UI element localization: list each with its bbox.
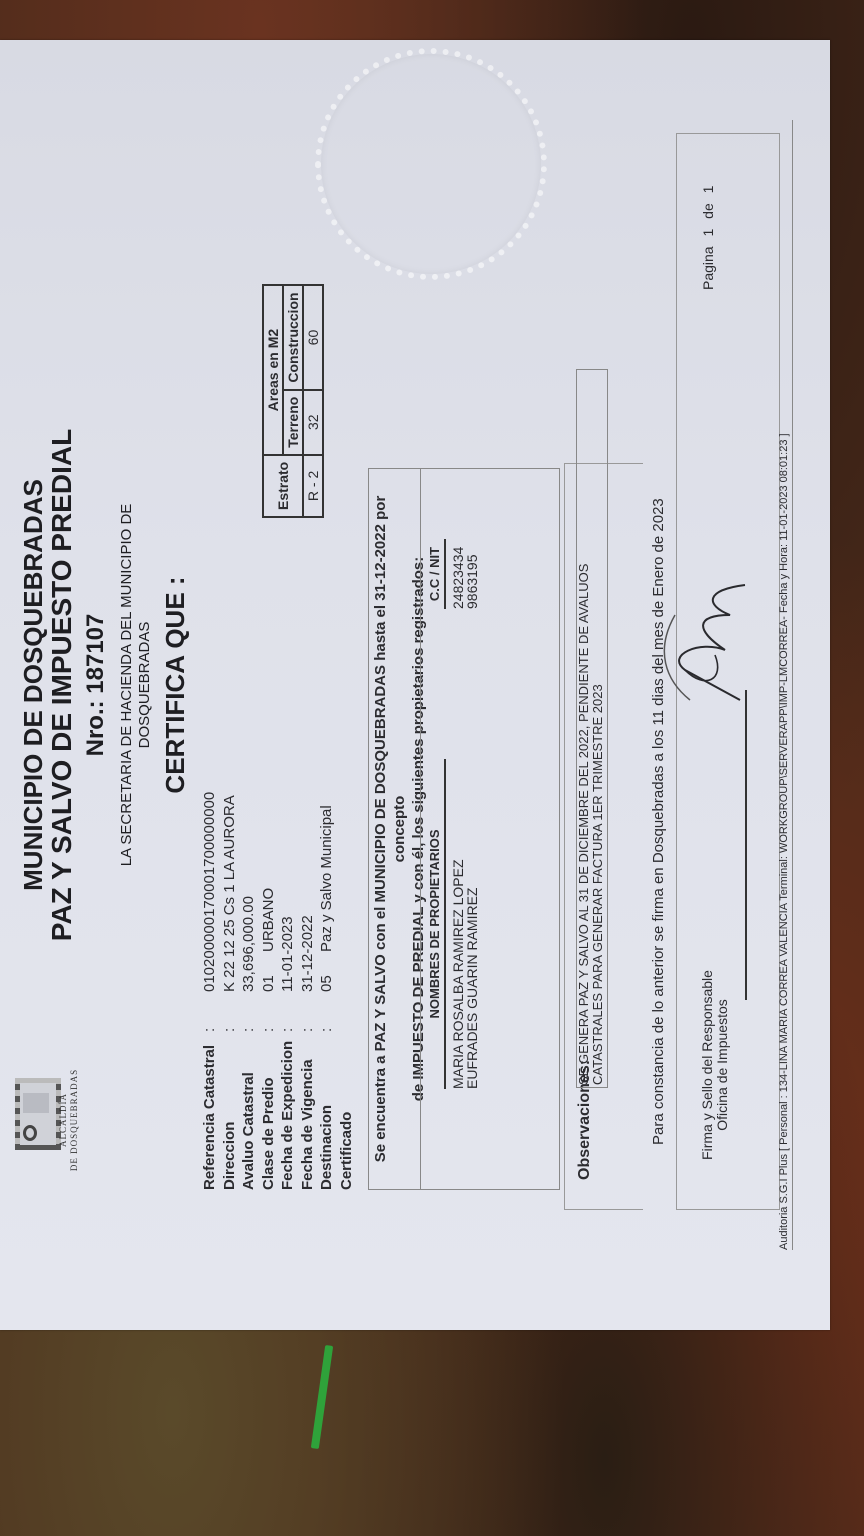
owner-id: 24823434 xyxy=(451,547,465,609)
owner-id: 9863195 xyxy=(465,547,479,609)
field-row: Referencia Catastral:0102000001700017000… xyxy=(200,792,220,1190)
field-row: Clase de Predio:01URBANO xyxy=(259,792,279,1190)
audit-footer: Auditoria S.G.I Plus [ Personal : 134-LI… xyxy=(778,120,793,1250)
signature-caption-line2: Oficina de Impuestos xyxy=(715,950,730,1180)
issuer: LA SECRETARIA DE HACIENDA DEL MUNICIPIO … xyxy=(118,40,154,1330)
field-value: 010200000170001700000000 xyxy=(200,792,220,992)
field-label: Destinacion Certificado xyxy=(317,1032,356,1190)
field-colon: : xyxy=(278,992,298,1032)
observations-text: SE GENERA PAZ Y SALVO AL 31 DE DICIEMBRE… xyxy=(576,369,608,1088)
field-label: Direccion xyxy=(220,1032,240,1190)
field-row: Avaluo Catastral:33,696,000.00 xyxy=(239,792,259,1190)
owner-ids: 24823434 9863195 xyxy=(451,547,479,609)
field-code: 01 xyxy=(259,952,279,992)
field-row: Destinacion Certificado:05Paz y Salvo Mu… xyxy=(317,792,356,1190)
owners-id-header: C.C / NIT xyxy=(427,539,446,609)
property-fields: Referencia Catastral:0102000001700017000… xyxy=(200,792,356,1190)
field-label: Avaluo Catastral xyxy=(239,1032,259,1190)
construccion-value: 60 xyxy=(303,285,323,389)
field-value: K 22 12 25 Cs 1 LA AURORA xyxy=(220,795,240,992)
field-code: 05 xyxy=(317,952,337,992)
field-label: Fecha de Vigencia xyxy=(298,1032,318,1190)
observations-line1: SE GENERA PAZ Y SALVO AL 31 DE DICIEMBRE… xyxy=(577,370,591,1085)
owner-name: MARIA ROSALBA RAMIREZ LOPEZ xyxy=(451,859,465,1089)
estrato-header: Estrato xyxy=(263,455,303,517)
page-indicator: Pagina 1 de 1 xyxy=(700,186,716,290)
field-value: 11-01-2023 xyxy=(278,916,298,992)
field-value-text: 010200000170001700000000 xyxy=(201,792,218,992)
municipality-title: MUNICIPIO DE DOSQUEBRADAS xyxy=(18,40,49,1330)
field-value-text: 33,696,000.00 xyxy=(240,896,257,992)
owners-box: NOMBRES DE PROPIETARIOS C.C / NIT MARIA … xyxy=(420,468,560,1190)
areas-table: Estrato Areas en M2 Terreno Construccion… xyxy=(262,284,324,518)
issuer-line1: LA SECRETARIA DE HACIENDA DEL MUNICIPIO … xyxy=(118,40,136,1330)
field-value-text: 31-12-2022 xyxy=(299,915,316,992)
field-row: Fecha de Expedicion:11-01-2023 xyxy=(278,792,298,1190)
signature-line xyxy=(745,690,747,1000)
owner-names: MARIA ROSALBA RAMIREZ LOPEZ EUFRADES GUA… xyxy=(451,859,479,1089)
field-value-text: Paz y Salvo Municipal xyxy=(318,805,335,952)
construccion-header: Construccion xyxy=(283,285,303,389)
certificate-number: Nro.: 187107 xyxy=(82,40,110,1330)
observations-line2: CATASTRALES PARA GENERAR FACTURA 1ER TRI… xyxy=(591,370,605,1085)
field-colon: : xyxy=(298,992,318,1032)
field-value-text: K 22 12 25 Cs 1 LA AURORA xyxy=(221,795,238,992)
field-label: Fecha de Expedicion xyxy=(278,1032,298,1190)
field-label: Clase de Predio xyxy=(259,1032,279,1190)
field-value-text: URBANO xyxy=(260,888,277,952)
field-colon: : xyxy=(200,992,220,1032)
field-colon: : xyxy=(220,992,240,1032)
handwritten-signature xyxy=(645,570,765,710)
field-value-text: 11-01-2023 xyxy=(279,916,296,992)
terreno-header: Terreno xyxy=(283,390,303,455)
field-colon: : xyxy=(259,992,279,1032)
grass-blade xyxy=(311,1345,333,1449)
field-value: 33,696,000.00 xyxy=(239,896,259,992)
certifies-heading: CERTIFICA QUE : xyxy=(160,40,191,1330)
field-value: 05Paz y Salvo Municipal xyxy=(317,805,356,992)
owner-name: EUFRADES GUARIN RAMIREZ xyxy=(465,859,479,1089)
field-colon: : xyxy=(317,992,356,1032)
field-row: Direccion:K 22 12 25 Cs 1 LA AURORA xyxy=(220,792,240,1190)
owners-name-header: NOMBRES DE PROPIETARIOS xyxy=(427,759,446,1089)
areas-header: Areas en M2 xyxy=(263,285,283,454)
field-row: Fecha de Vigencia:31-12-2022 xyxy=(298,792,318,1190)
signature-caption: Firma y Sello del Responsable Oficina de… xyxy=(700,950,730,1180)
paz-y-salvo-statement: Se encuentra a PAZ Y SALVO con el MUNICI… xyxy=(368,468,421,1190)
terreno-value: 32 xyxy=(303,390,323,455)
embossed-seal xyxy=(315,48,547,280)
statement-line1: Se encuentra a PAZ Y SALVO con el MUNICI… xyxy=(371,469,409,1189)
field-value: 31-12-2022 xyxy=(298,915,318,992)
document-photo: ALCALDÍA DE DOSQUEBRADAS MUNICIPIO DE DO… xyxy=(0,40,830,1330)
field-value: 01URBANO xyxy=(259,888,279,992)
issuer-line2: DOSQUEBRADAS xyxy=(136,40,154,1330)
document-title: PAZ Y SALVO DE IMPUESTO PREDIAL xyxy=(46,40,78,1330)
field-colon: : xyxy=(239,992,259,1032)
field-label: Referencia Catastral xyxy=(200,1032,220,1190)
estrato-value: R - 2 xyxy=(303,455,323,517)
paz-y-salvo-certificate: ALCALDÍA DE DOSQUEBRADAS MUNICIPIO DE DO… xyxy=(0,40,830,1330)
signature-caption-line1: Firma y Sello del Responsable xyxy=(700,950,715,1180)
